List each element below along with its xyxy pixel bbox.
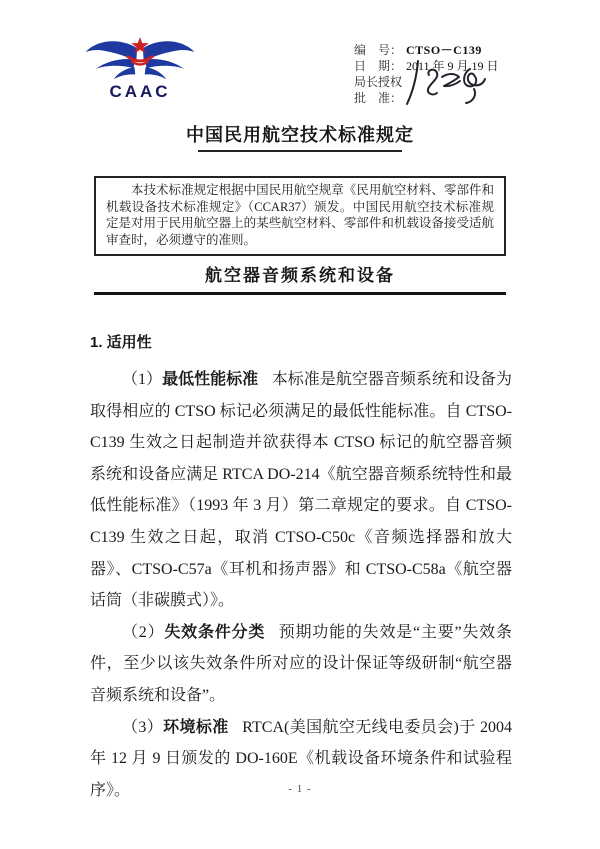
paragraph-minimum-performance: （1）最低性能标准本标准是航空器音频系统和设备为取得相应的 CTSO 标记必须满… — [90, 364, 512, 617]
page-number: - 1 - — [0, 783, 600, 795]
paragraph-heading: 环境标准 — [163, 719, 229, 736]
title-underline — [198, 150, 402, 152]
approval-label: 批 准： — [354, 90, 406, 106]
paragraph-body: 本标准是航空器音频系统和设备为取得相应的 CTSO 标记必须满足的最低性能标准。… — [90, 371, 512, 609]
number-label: 编 号： — [354, 42, 406, 58]
subject-rule — [94, 292, 506, 295]
caac-logo-label: CAAC — [82, 82, 198, 102]
notice-box: 本技术标准规定根据中国民用航空规章《民用航空材料、零部件和机载设备技术标准规定》… — [94, 176, 506, 256]
paragraph-number: （1） — [122, 371, 162, 388]
authorization-label: 局长授权 — [354, 74, 406, 90]
signature-icon — [404, 56, 496, 108]
page-title: 中国民用航空技术标准规定 — [0, 121, 600, 147]
document-body: 1. 适用性 （1）最低性能标准本标准是航空器音频系统和设备为取得相应的 CTS… — [90, 331, 512, 806]
caac-wings-icon — [82, 36, 198, 83]
caac-logo: CAAC — [82, 36, 198, 102]
paragraph-heading: 最低性能标准 — [162, 371, 258, 388]
paragraph-number: （3） — [122, 719, 163, 736]
date-label: 日 期： — [354, 58, 406, 74]
paragraph-heading: 失效条件分类 — [164, 624, 265, 641]
paragraph-failure-condition: （2）失效条件分类预期功能的失效是“主要”失效条件，至少以该失效条件所对应的设计… — [90, 617, 512, 712]
document-page: CAAC 编 号： CTSO－C139 日 期： 2011 年 9 月 19 日… — [0, 0, 600, 849]
paragraph-number: （2） — [122, 624, 164, 641]
subject-title: 航空器音频系统和设备 — [0, 261, 600, 286]
section-heading: 1. 适用性 — [90, 331, 512, 352]
